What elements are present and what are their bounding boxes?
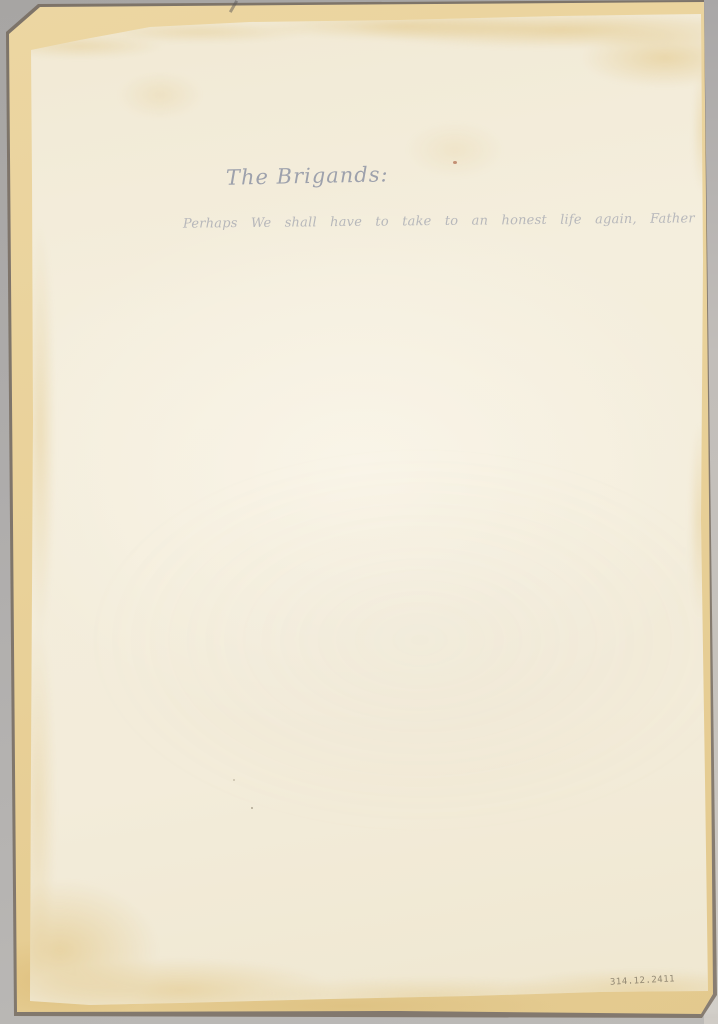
photograph-of-mounted-sheet: The Brigands: Perhaps We shall have to t… <box>0 0 718 1024</box>
red-speck <box>453 161 457 164</box>
handwritten-title: The Brigands: <box>226 162 389 191</box>
paper-sheet: The Brigands: Perhaps We shall have to t… <box>0 0 718 1024</box>
accession-number: 314.12.2411 <box>610 974 676 988</box>
foxing-stains <box>0 0 718 1024</box>
handwritten-caption: Perhaps We shall have to take to an hone… <box>183 211 695 232</box>
dark-speck <box>251 807 253 809</box>
dark-speck <box>233 779 235 781</box>
